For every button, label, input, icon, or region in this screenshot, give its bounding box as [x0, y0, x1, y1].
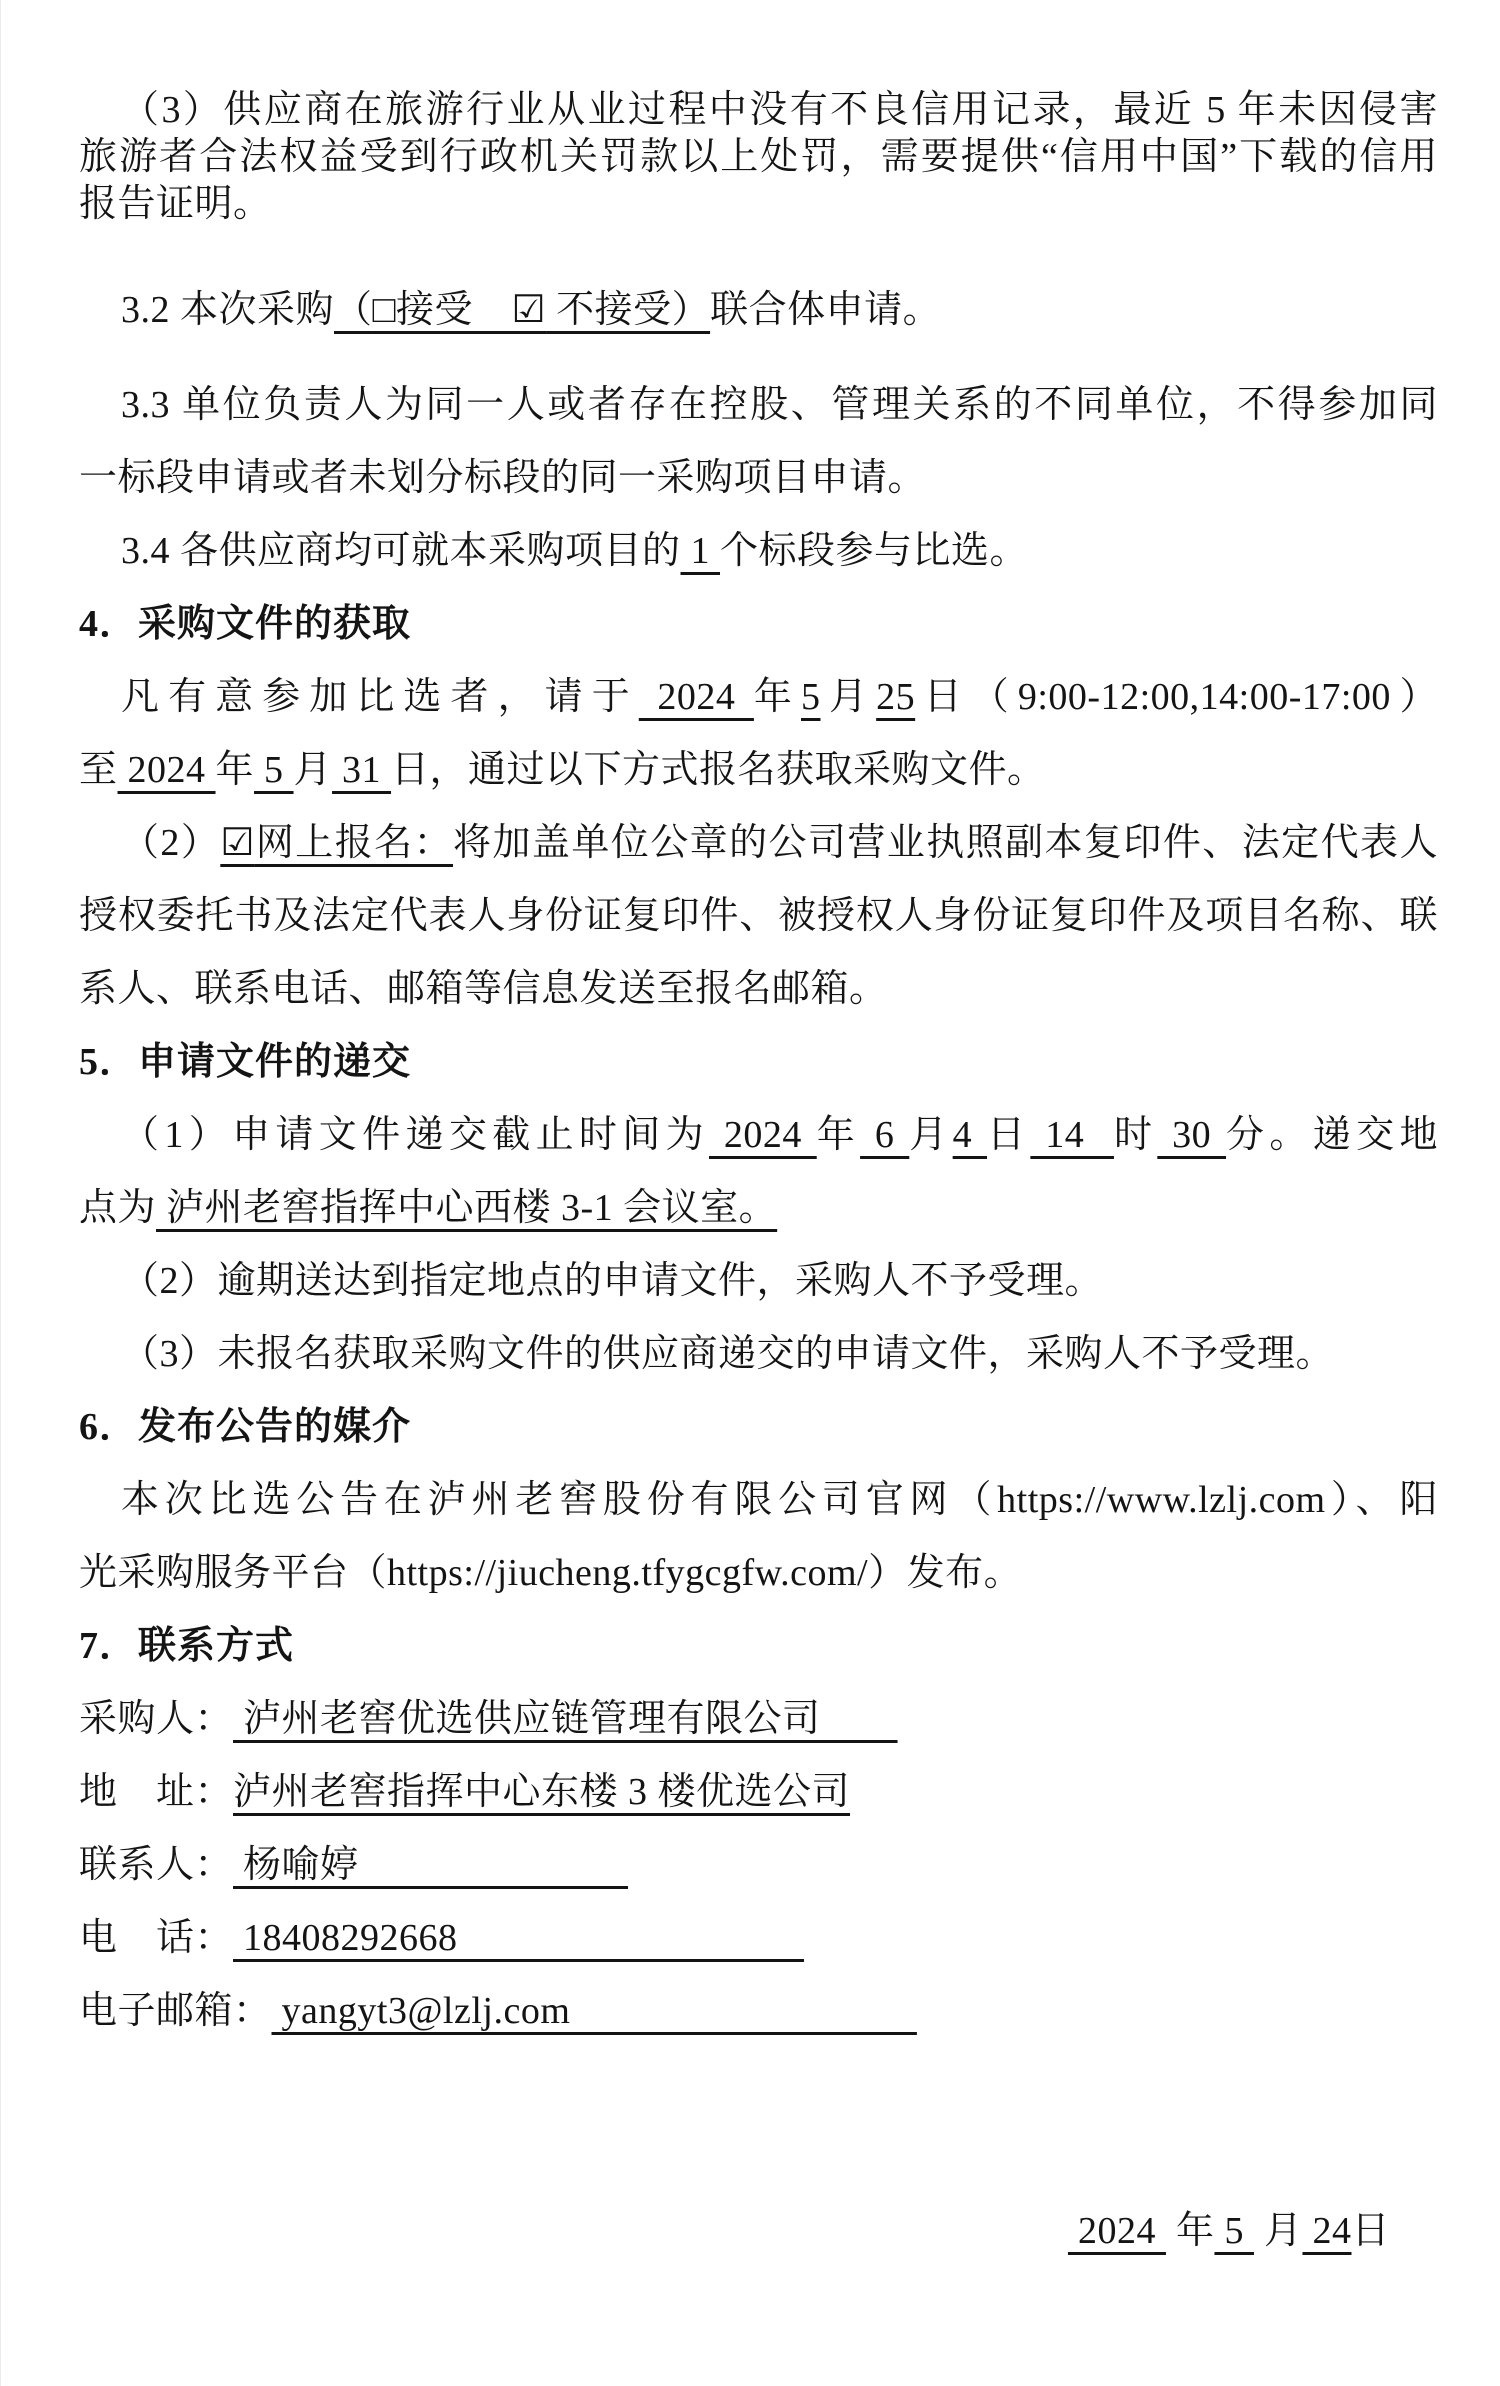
section-6-para-line1-seg-0: 本次比选公告在泸州老窖股份有限公司官网（https://www.lzlj.com…	[121, 1479, 1438, 1521]
clause-3-1-item3-line2-seg-0: 旅游者合法权益受到行政机关罚款以上处罚，需要提供“信用中国”下载的信用	[79, 136, 1438, 178]
contact-person: 联系人： 杨喻婷	[79, 1842, 1438, 1888]
section-5-item2: （2）逾期送达到指定地点的申请文件，采购人不予受理。	[79, 1258, 1438, 1304]
clause-3-1-item3-line1-seg-0: （3）供应商在旅游行业从业过程中没有不良信用记录，最近 5 年未因侵害	[121, 89, 1438, 131]
section-5-item1-line1-seg-6: 日	[987, 1114, 1030, 1156]
section-4-item2-line1: （2）☑网上报名：将加盖单位公章的公司营业执照副本复印件、法定代表人	[79, 820, 1438, 866]
section-5-item1-line1-seg-0: （1）申请文件递交截止时间为	[121, 1114, 709, 1156]
section-6-para-line2-seg-0: 光采购服务平台（https://jiucheng.tfygcgfw.com/）发…	[79, 1552, 1022, 1594]
clause-3-2-seg-0: 3.2 本次采购	[121, 289, 334, 331]
section-4-para-line2-seg-6: 日，通过以下方式报名获取采购文件。	[391, 749, 1046, 791]
checkbox-checked-icon: ☑	[220, 822, 255, 864]
section-5-item2-seg-0: （2）逾期送达到指定地点的申请文件，采购人不予受理。	[121, 1260, 1103, 1302]
clause-3-2-seg-5: 不接受）	[546, 289, 710, 331]
section-5-item1-line1-seg-10: 分。递交地	[1226, 1114, 1438, 1156]
clause-3-1-item3-line3: 报告证明。	[79, 181, 1438, 227]
section-4-para-line2-seg-0: 至	[79, 749, 118, 791]
announcement-date-seg-2: 5	[1214, 2210, 1254, 2252]
section-5-item1-line2-seg-0: 点为	[79, 1187, 156, 1229]
section-4-para-line2-seg-4: 月	[294, 749, 333, 791]
section-5-item1-line1-seg-8: 时	[1114, 1114, 1157, 1156]
contact-purchaser-seg-0: 采购人：	[79, 1698, 233, 1740]
section-4-para-line1-seg-6: 日（9:00-12:00,14:00-17:00）	[915, 676, 1438, 718]
section-4-para-line1-seg-3: 5	[801, 676, 821, 718]
section-5-item1-line1-seg-9: 30	[1157, 1114, 1226, 1156]
contact-phone: 电 话： 18408292668	[79, 1915, 1438, 1961]
section-5-heading-seg-0: 5．申请文件的递交	[79, 1041, 411, 1083]
contact-person-seg-0: 联系人：	[79, 1844, 233, 1886]
contact-purchaser-seg-1: 泸州老窖优选供应链管理有限公司	[233, 1698, 898, 1740]
section-5-item1-line1-seg-7: 14	[1030, 1114, 1114, 1156]
section-4-para-line2-seg-2: 年	[216, 749, 255, 791]
section-4-para-line2-seg-3: 5	[254, 749, 294, 791]
section-4-para-line1-seg-4: 月	[821, 676, 877, 718]
clause-3-4: 3.4 各供应商均可就本采购项目的 1 个标段参与比选。	[79, 528, 1438, 574]
section-4-item2-line1-seg-0: （2）	[121, 822, 220, 864]
announcement-date-seg-0: 2024	[1068, 2210, 1166, 2252]
contact-address-seg-1: 泸州老窖指挥中心东楼 3 楼优选公司	[233, 1771, 850, 1813]
clause-3-1-item3-line3-seg-0: 报告证明。	[79, 183, 272, 225]
contact-purchaser: 采购人： 泸州老窖优选供应链管理有限公司	[79, 1696, 1438, 1742]
section-4-para-line1: 凡有意参加比选者，请于 2024 年5月25日（9:00-12:00,14:00…	[79, 674, 1438, 720]
procurement-notice-page: （3）供应商在旅游行业从业过程中没有不良信用记录，最近 5 年未因侵害旅游者合法…	[0, 0, 1500, 2386]
section-4-item2-line1-seg-2: 网上报名：	[255, 822, 453, 864]
clause-3-3-line1-seg-0: 3.3 单位负责人为同一人或者存在控股、管理关系的不同单位，不得参加同	[121, 384, 1438, 426]
announcement-date-seg-1: 年	[1166, 2210, 1215, 2252]
section-4-heading: 4．采购文件的获取	[79, 601, 1438, 647]
clause-3-4-seg-2: 个标段参与比选。	[720, 530, 1028, 572]
clause-3-3-line2-seg-0: 一标段申请或者未划分标段的同一采购项目申请。	[79, 457, 926, 499]
document-body: （3）供应商在旅游行业从业过程中没有不良信用记录，最近 5 年未因侵害旅游者合法…	[79, 87, 1438, 2254]
section-4-para-line1-seg-5: 25	[876, 676, 915, 718]
section-6-heading: 6．发布公告的媒介	[79, 1404, 1438, 1450]
section-7-heading-seg-0: 7．联系方式	[79, 1625, 294, 1667]
contact-address-seg-0: 地 址：	[79, 1771, 233, 1813]
section-4-para-line2-seg-1: 2024	[118, 749, 216, 791]
announcement-date-seg-5: 日	[1351, 2210, 1390, 2252]
checkbox-checked-icon: ☑	[512, 289, 547, 331]
section-6-para-line1: 本次比选公告在泸州老窖股份有限公司官网（https://www.lzlj.com…	[79, 1477, 1438, 1523]
clause-3-2-seg-3: 接受	[396, 289, 512, 331]
contact-phone-seg-1: 18408292668	[233, 1917, 804, 1959]
section-5-item1-line2: 点为 泸州老窖指挥中心西楼 3-1 会议室。	[79, 1185, 1438, 1231]
announcement-date-seg-4: 24	[1302, 2210, 1351, 2252]
section-4-para-line2-seg-5: 31	[332, 749, 391, 791]
section-5-item1-line1-seg-1: 2024	[709, 1114, 817, 1156]
section-4-item2-line1-seg-3: 将加盖单位公章的公司营业执照副本复印件、法定代表人	[453, 822, 1438, 864]
section-4-item2-line3-seg-0: 系人、联系电话、邮箱等信息发送至报名邮箱。	[79, 968, 888, 1010]
section-5-item1-line1-seg-2: 年	[817, 1114, 860, 1156]
clause-3-2: 3.2 本次采购（□接受 ☑ 不接受）联合体申请。	[79, 287, 1438, 333]
section-5-item1-line1-seg-4: 月	[909, 1114, 952, 1156]
section-4-item2-line2-seg-0: 授权委托书及法定代表人身份证复印件、被授权人身份证复印件及项目名称、联	[79, 895, 1438, 937]
section-5-item1-line1: （1）申请文件递交截止时间为 2024 年 6 月4 日 14 时 30 分。递…	[79, 1112, 1438, 1158]
contact-phone-seg-0: 电 话：	[79, 1917, 233, 1959]
clause-3-3-line2: 一标段申请或者未划分标段的同一采购项目申请。	[79, 455, 1438, 501]
contact-address: 地 址：泸州老窖指挥中心东楼 3 楼优选公司	[79, 1769, 1438, 1815]
announcement-date: 2024 年 5 月 24日	[79, 2208, 1438, 2254]
checkbox-unchecked-icon: □	[373, 289, 396, 331]
announcement-date-seg-3: 月	[1254, 2210, 1303, 2252]
section-4-para-line1-seg-1: 2024	[639, 676, 754, 718]
contact-email: 电子邮箱： yangyt3@lzlj.com	[79, 1988, 1438, 2034]
clause-3-1-item3-line1: （3）供应商在旅游行业从业过程中没有不良信用记录，最近 5 年未因侵害	[79, 87, 1438, 133]
contact-person-seg-1: 杨喻婷	[233, 1844, 628, 1886]
section-6-para-line2: 光采购服务平台（https://jiucheng.tfygcgfw.com/）发…	[79, 1550, 1438, 1596]
clause-3-2-seg-6: 联合体申请。	[710, 289, 941, 331]
clause-3-4-seg-0: 3.4 各供应商均可就本采购项目的	[121, 530, 681, 572]
section-4-heading-seg-0: 4．采购文件的获取	[79, 603, 411, 645]
contact-email-seg-0: 电子邮箱：	[79, 1990, 272, 2032]
section-4-para-line1-seg-2: 年	[754, 676, 801, 718]
clause-3-2-seg-1: （	[334, 289, 373, 331]
section-4-para-line2: 至 2024 年 5 月 31 日，通过以下方式报名获取采购文件。	[79, 747, 1438, 793]
section-4-item2-line2: 授权委托书及法定代表人身份证复印件、被授权人身份证复印件及项目名称、联	[79, 893, 1438, 939]
section-5-heading: 5．申请文件的递交	[79, 1039, 1438, 1085]
section-4-para-line1-seg-0: 凡有意参加比选者，请于	[121, 676, 639, 718]
section-5-item1-line1-seg-3: 6	[860, 1114, 909, 1156]
section-6-heading-seg-0: 6．发布公告的媒介	[79, 1406, 411, 1448]
section-5-item3: （3）未报名获取采购文件的供应商递交的申请文件，采购人不予受理。	[79, 1331, 1438, 1377]
section-4-item2-line3: 系人、联系电话、邮箱等信息发送至报名邮箱。	[79, 966, 1438, 1012]
clause-3-4-seg-1: 1	[681, 530, 721, 572]
contact-email-seg-1: yangyt3@lzlj.com	[272, 1990, 917, 2032]
clause-3-3-line1: 3.3 单位负责人为同一人或者存在控股、管理关系的不同单位，不得参加同	[79, 382, 1438, 428]
clause-3-1-item3-line2: 旅游者合法权益受到行政机关罚款以上处罚，需要提供“信用中国”下载的信用	[79, 134, 1438, 180]
section-5-item1-line1-seg-5: 4	[953, 1114, 987, 1156]
section-5-item3-seg-0: （3）未报名获取采购文件的供应商递交的申请文件，采购人不予受理。	[121, 1333, 1334, 1375]
section-5-item1-line2-seg-1: 泸州老窖指挥中心西楼 3-1 会议室。	[156, 1187, 777, 1229]
section-7-heading: 7．联系方式	[79, 1623, 1438, 1669]
